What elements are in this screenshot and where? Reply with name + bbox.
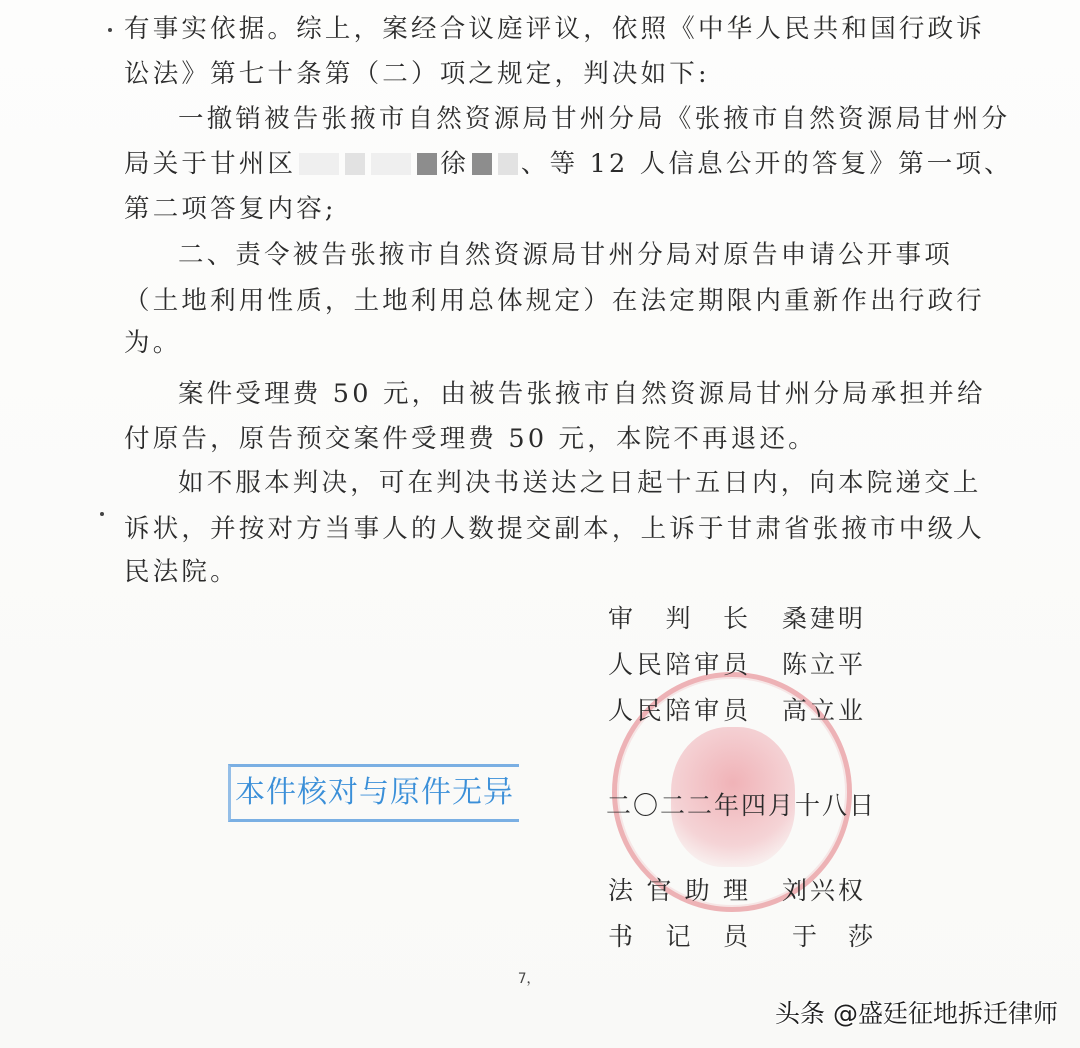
signature-role-presiding-judge: 审 判 长 [608, 602, 748, 636]
judgment-item-1: 一撤销被告张掖市自然资源局甘州分局《张掖市自然资源局甘州分 [178, 102, 998, 136]
body-line: 讼法》第七十条第（二）项之规定，判决如下: [124, 57, 944, 91]
page-number: 7， [518, 968, 540, 988]
scanned-page: 有事实依据。综上，案经合议庭评议，依照《中华人民共和国行政诉 讼法》第七十条第（… [0, 0, 1080, 1048]
body-line: （土地利用性质，土地利用总体规定）在法定期限内重新作出行政行 [124, 284, 944, 318]
redacted-line: 局关于甘州区徐、等 12 人信息公开的答复》第一项、 [124, 147, 944, 181]
body-line: 第二项答复内容; [124, 192, 944, 226]
redaction-block [472, 153, 492, 175]
redacted-line-middle: 徐 [440, 149, 469, 179]
scan-speck [100, 512, 104, 516]
verification-stamp: 本件核对与原件无异 [228, 764, 519, 822]
signature-name: 高立业 [782, 694, 866, 728]
signature-role-clerk: 书 记 员 [608, 920, 748, 954]
judgment-date: 二〇二二年四月十八日 [606, 786, 876, 822]
signature-role-juror: 人 民 陪 审 员 [608, 648, 748, 682]
redaction-block [371, 153, 411, 175]
signature-role-juror: 人 民 陪 审 员 [608, 694, 748, 728]
judgment-item-2: 二、责令被告张掖市自然资源局甘州分局对原告申请公开事项 [178, 238, 998, 272]
signature-name: 刘兴权 [782, 874, 866, 908]
body-line: 有事实依据。综上，案经合议庭评议，依照《中华人民共和国行政诉 [124, 12, 944, 46]
redacted-line-prefix: 局关于甘州区 [124, 149, 296, 179]
signature-name: 于 莎 [792, 920, 876, 954]
signature-name: 陈立平 [782, 648, 866, 682]
signature-role-judge-assistant: 法 官 助 理 [608, 874, 748, 908]
body-line: 为。 [124, 326, 944, 360]
body-line: 民法院。 [124, 555, 944, 589]
scan-speck [108, 28, 112, 32]
redaction-block [417, 153, 437, 175]
court-fee-paragraph: 案件受理费 50 元，由被告张掖市自然资源局甘州分局承担并给 [178, 377, 998, 411]
appeal-paragraph: 如不服本判决，可在判决书送达之日起十五日内，向本院递交上 [178, 466, 998, 500]
signature-name: 桑建明 [782, 602, 866, 636]
source-watermark: 头条 @盛廷征地拆迁律师 [775, 994, 1058, 1030]
redaction-block [498, 153, 518, 175]
body-line: 付原告，原告预交案件受理费 50 元，本院不再退还。 [124, 422, 944, 456]
body-line: 诉状，并按对方当事人的人数提交副本，上诉于甘肃省张掖市中级人 [124, 512, 944, 546]
redacted-line-suffix: 、等 12 人信息公开的答复》第一项、 [521, 149, 1013, 179]
redaction-block [299, 153, 339, 175]
redaction-block [345, 153, 365, 175]
